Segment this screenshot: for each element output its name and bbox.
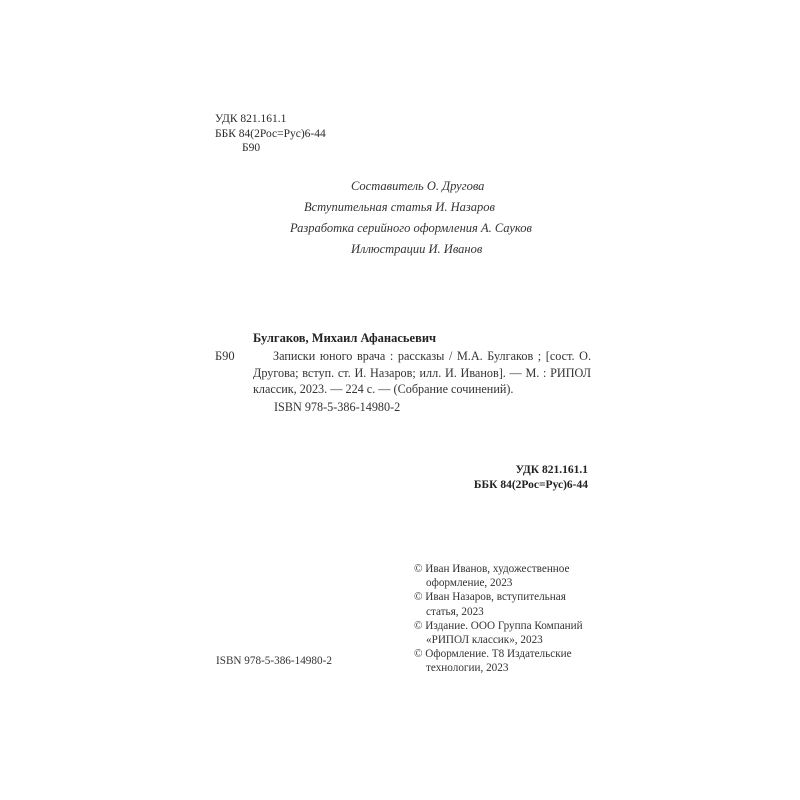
compiler-credit: Составитель О. Другова xyxy=(290,176,532,197)
copyright-line: © Издание. ООО Группа Компаний xyxy=(414,619,583,633)
copyright-block: © Иван Иванов, художественное оформление… xyxy=(414,562,583,676)
bibliographic-isbn: ISBN 978-5-386-14980-2 xyxy=(274,400,400,415)
copyright-line: © Иван Иванов, художественное xyxy=(414,562,583,576)
series-design-credit: Разработка серийного оформления А. Сауко… xyxy=(290,218,532,239)
bbk-code-right: ББК 84(2Рос=Рус)6-44 xyxy=(474,478,588,493)
copyright-line: технологии, 2023 xyxy=(414,661,583,675)
bottom-isbn: ISBN 978-5-386-14980-2 xyxy=(216,655,332,667)
copyright-entry: © Издание. ООО Группа Компаний «РИПОЛ кл… xyxy=(414,619,583,647)
copyright-line: © Иван Назаров, вступительная xyxy=(414,590,583,604)
author-mark: Б90 xyxy=(215,141,326,156)
bbk-code: ББК 84(2Рос=Рус)6-44 xyxy=(215,127,326,142)
bibliographic-description-text: Записки юного врача : рассказы / М.А. Бу… xyxy=(253,348,591,398)
top-classification-block: УДК 821.161.1 ББК 84(2Рос=Рус)6-44 Б90 xyxy=(215,112,326,156)
copyright-entry: © Оформление. T8 Издательские технологии… xyxy=(414,647,583,675)
copyright-line: © Оформление. T8 Издательские xyxy=(414,647,583,661)
bibliographic-description: Записки юного врача : рассказы / М.А. Бу… xyxy=(253,348,591,398)
udk-code-right: УДК 821.161.1 xyxy=(474,463,588,478)
copyright-line: оформление, 2023 xyxy=(414,576,583,590)
right-classification-block: УДК 821.161.1 ББК 84(2Рос=Рус)6-44 xyxy=(474,463,588,492)
udk-code: УДК 821.161.1 xyxy=(215,112,326,127)
illustrations-credit: Иллюстрации И. Иванов xyxy=(290,239,532,260)
bibliographic-author-mark: Б90 xyxy=(215,349,235,364)
copyright-entry: © Иван Назаров, вступительная статья, 20… xyxy=(414,590,583,618)
copyright-entry: © Иван Иванов, художественное оформление… xyxy=(414,562,583,590)
contributors-block: Составитель О. Другова Вступительная ста… xyxy=(290,176,532,260)
copyright-line: статья, 2023 xyxy=(414,605,583,619)
intro-credit: Вступительная статья И. Назаров xyxy=(290,197,532,218)
copyright-line: «РИПОЛ классик», 2023 xyxy=(414,633,583,647)
bibliographic-author: Булгаков, Михаил Афанасьевич xyxy=(253,331,436,346)
